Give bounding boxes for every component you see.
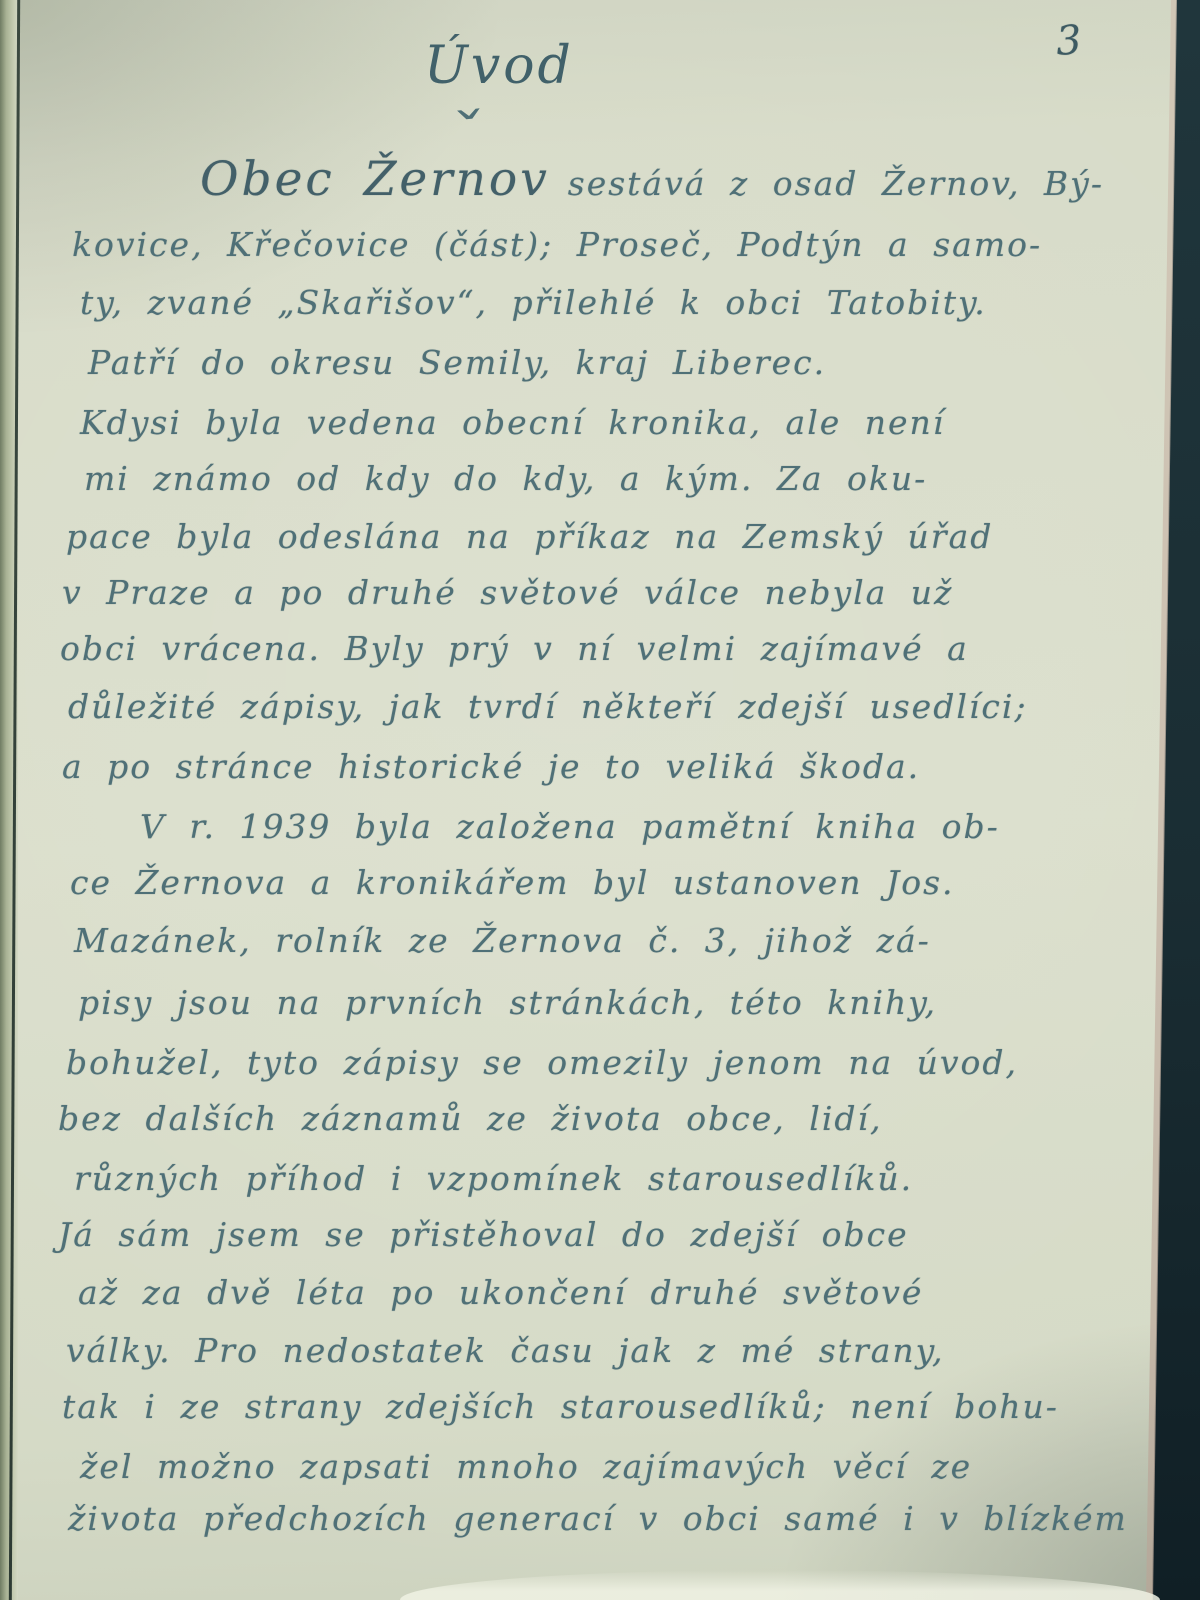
manuscript-line: mi známo od kdy do kdy, a kým. Za oku- [84,462,927,495]
manuscript-line: obci vrácena. Byly prý v ní velmi zajíma… [60,632,969,665]
manuscript-line: bez dalších záznamů ze života obce, lidí… [58,1102,883,1135]
manuscript-line: Obec Žernovsestává z osad Žernov, Bý- [200,156,1104,203]
manuscript-line: války. Pro nedostatek času jak z mé stra… [66,1334,944,1367]
manuscript-line: V r. 1939 byla založena pamětní kniha ob… [140,810,1000,843]
manuscript-line: až za dvě léta po ukončení druhé světové [78,1276,923,1309]
manuscript-line: pace byla odeslána na příkaz na Zemský ú… [66,520,993,553]
manuscript-line: tak i ze strany zdejších starousedlíků; … [62,1390,1059,1423]
manuscript-line: v Praze a po druhé světové válce nebyla … [62,576,953,609]
manuscript-line: pisy jsou na prvních stránkách, této kni… [78,986,937,1019]
manuscript-line: ce Žernova a kronikářem byl ustanoven Jo… [70,866,955,899]
opening-words: Obec Žernov [200,152,550,207]
manuscript-line: Mazánek, rolník ze Žernova č. 3, jihož z… [74,924,931,957]
manuscript-line: Já sám jsem se přistěhoval do zdejší obc… [58,1218,909,1251]
manuscript-line: bohužel, tyto zápisy se omezily jenom na… [66,1046,1018,1079]
manuscript-line: žel možno zapsati mnoho zajímavých věcí … [80,1450,972,1483]
manuscript-line: života předchozích generací v obci samé … [68,1502,1128,1535]
manuscript-line: různých příhod i vzpomínek starousedlíků… [74,1162,913,1195]
page-number: 3 [1054,17,1083,65]
manuscript-line: důležité zápisy, jak tvrdí někteří zdejš… [68,690,1028,723]
scanned-chronicle-page: 3 Úvod ˇ Obec Žernovsestává z osad Žerno… [0,0,1200,1600]
manuscript-line: kovice, Křečovice (část); Proseč, Podtýn… [72,228,1042,261]
manuscript-line: Patří do okresu Semily, kraj Liberec. [88,346,826,379]
manuscript-line: a po stránce historické je to veliká ško… [62,750,920,783]
opening-line-rest: sestává z osad Žernov, Bý- [568,164,1104,203]
page-title: Úvod [424,36,574,96]
manuscript-line: Kdysi byla vedena obecní kronika, ale ne… [80,406,945,439]
manuscript-line: ty, zvané „Skařišov“, přilehlé k obci Ta… [80,286,987,319]
